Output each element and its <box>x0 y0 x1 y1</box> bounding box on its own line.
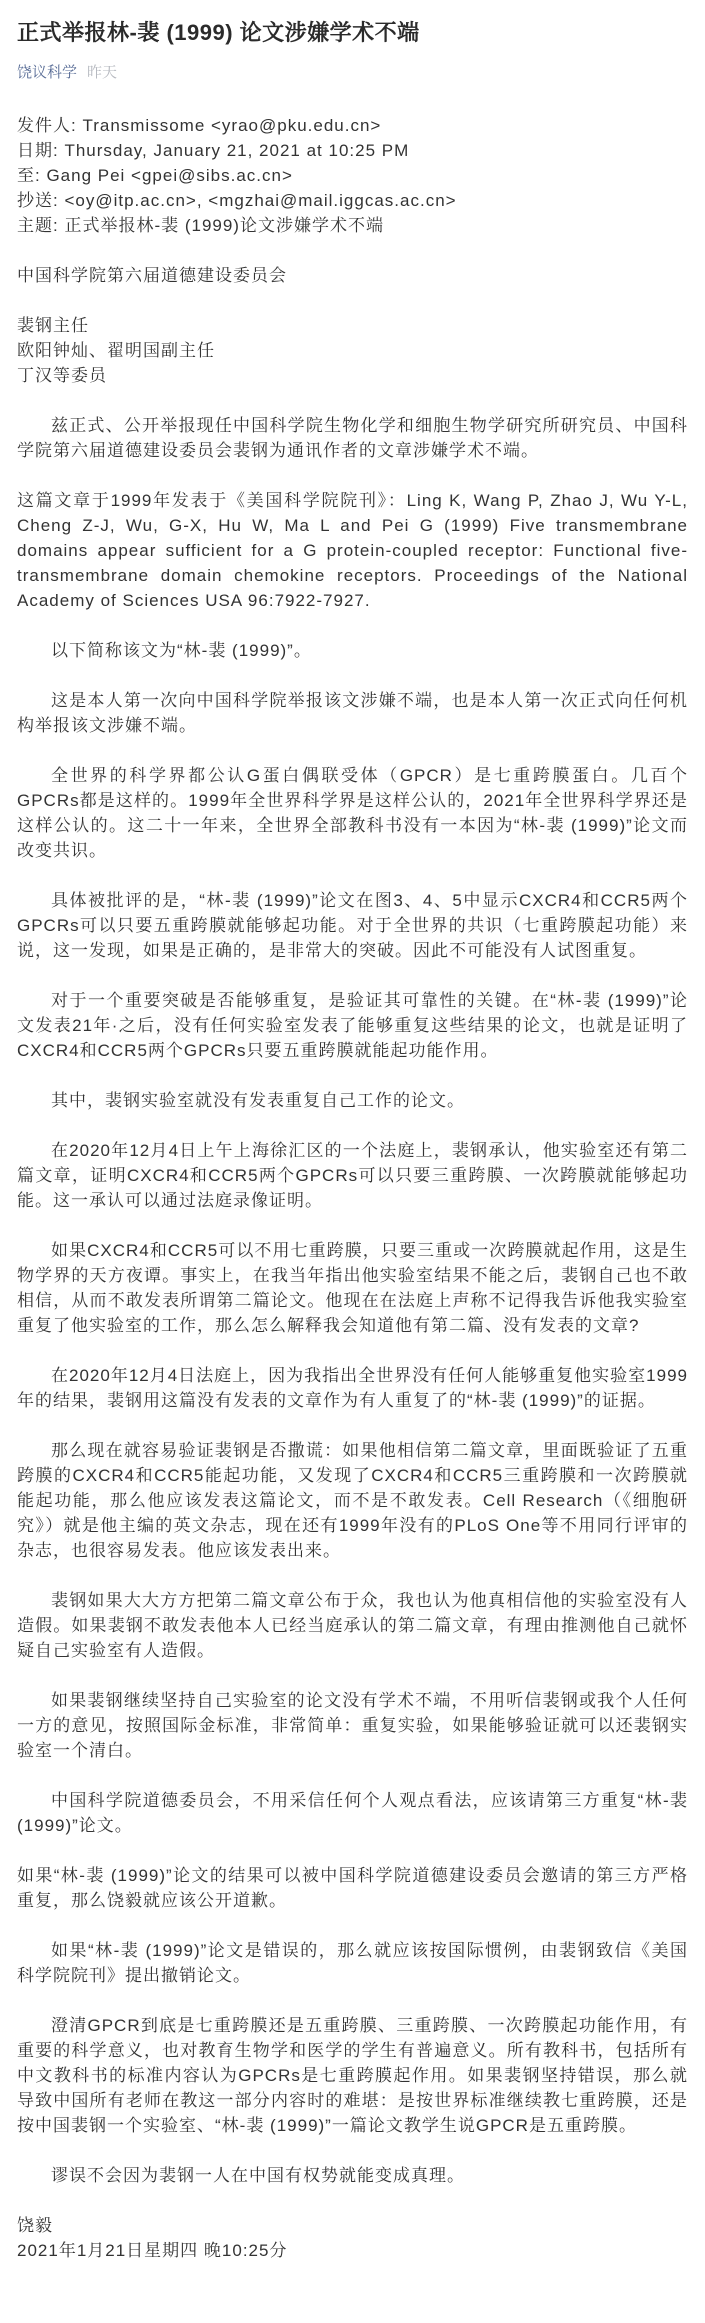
article-meta: 饶议科学昨天 <box>17 63 688 83</box>
paragraph: 饶毅 2021年1月21日星期四 晚10:25分 <box>17 2213 688 2263</box>
paragraph: 以下简称该文为“林-裴 (1999)”。 <box>17 638 688 663</box>
paragraph: 中国科学院道德委员会，不用采信任何个人观点看法，应该请第三方重复“林-裴 (19… <box>17 1788 688 1838</box>
paragraph: 这是本人第一次向中国科学院举报该文涉嫌不端，也是本人第一次正式向任何机构举报该文… <box>17 688 688 738</box>
paragraph: 在2020年12月4日上午上海徐汇区的一个法庭上，裴钢承认，他实验室还有第二篇文… <box>17 1138 688 1213</box>
paragraph: 澄清GPCR到底是七重跨膜还是五重跨膜、三重跨膜、一次跨膜起功能作用，有重要的科… <box>17 2013 688 2138</box>
article-header: 正式举报林-裴 (1999) 论文涉嫌学术不端 饶议科学昨天 <box>17 18 688 83</box>
article-page: 正式举报林-裴 (1999) 论文涉嫌学术不端 饶议科学昨天 发件人: Tran… <box>0 0 705 2299</box>
paragraph: 那么现在就容易验证裴钢是否撒谎：如果他相信第二篇文章，里面既验证了五重跨膜的CX… <box>17 1438 688 1563</box>
paragraph: 谬误不会因为裴钢一人在中国有权势就能变成真理。 <box>17 2163 688 2188</box>
article-body: 发件人: Transmissome <yrao@pku.edu.cn> 日期: … <box>17 113 688 2263</box>
paragraph: 如果CXCR4和CCR5可以不用七重跨膜，只要三重或一次跨膜就起作用，这是生物学… <box>17 1238 688 1338</box>
account-link[interactable]: 饶议科学 <box>17 64 77 81</box>
paragraph: 全世界的科学界都公认G蛋白偶联受体（GPCR）是七重跨膜蛋白。几百个GPCRs都… <box>17 763 688 863</box>
paragraph: 发件人: Transmissome <yrao@pku.edu.cn> 日期: … <box>17 113 688 238</box>
paragraph: 兹正式、公开举报现任中国科学院生物化学和细胞生物学研究所研究员、中国科学院第六届… <box>17 413 688 463</box>
paragraph: 如果裴钢继续坚持自己实验室的论文没有学术不端，不用听信裴钢或我个人任何一方的意见… <box>17 1688 688 1763</box>
paragraph: 如果“林-裴 (1999)”论文的结果可以被中国科学院道德建设委员会邀请的第三方… <box>17 1863 688 1913</box>
paragraph: 中国科学院第六届道德建设委员会 <box>17 263 688 288</box>
paragraph: 具体被批评的是，“林-裴 (1999)”论文在图3、4、5中显示CXCR4和CC… <box>17 888 688 963</box>
article-title: 正式举报林-裴 (1999) 论文涉嫌学术不端 <box>17 18 688 48</box>
paragraph: 对于一个重要突破是否能够重复，是验证其可靠性的关键。在“林-裴 (1999)”论… <box>17 988 688 1063</box>
paragraph: 在2020年12月4日法庭上，因为我指出全世界没有任何人能够重复他实验室1999… <box>17 1363 688 1413</box>
paragraph: 其中，裴钢实验室就没有发表重复自己工作的论文。 <box>17 1088 688 1113</box>
paragraph: 这篇文章于1999年发表于《美国科学院院刊》：Ling K, Wang P, Z… <box>17 488 688 613</box>
paragraph: 裴钢如果大大方方把第二篇文章公布于众，我也认为他真相信他的实验室没有人造假。如果… <box>17 1588 688 1663</box>
paragraph: 如果“林-裴 (1999)”论文是错误的，那么就应该按国际惯例，由裴钢致信《美国… <box>17 1938 688 1988</box>
publish-time: 昨天 <box>87 64 117 81</box>
paragraph: 裴钢主任 欧阳钟灿、翟明国副主任 丁汉等委员 <box>17 313 688 388</box>
